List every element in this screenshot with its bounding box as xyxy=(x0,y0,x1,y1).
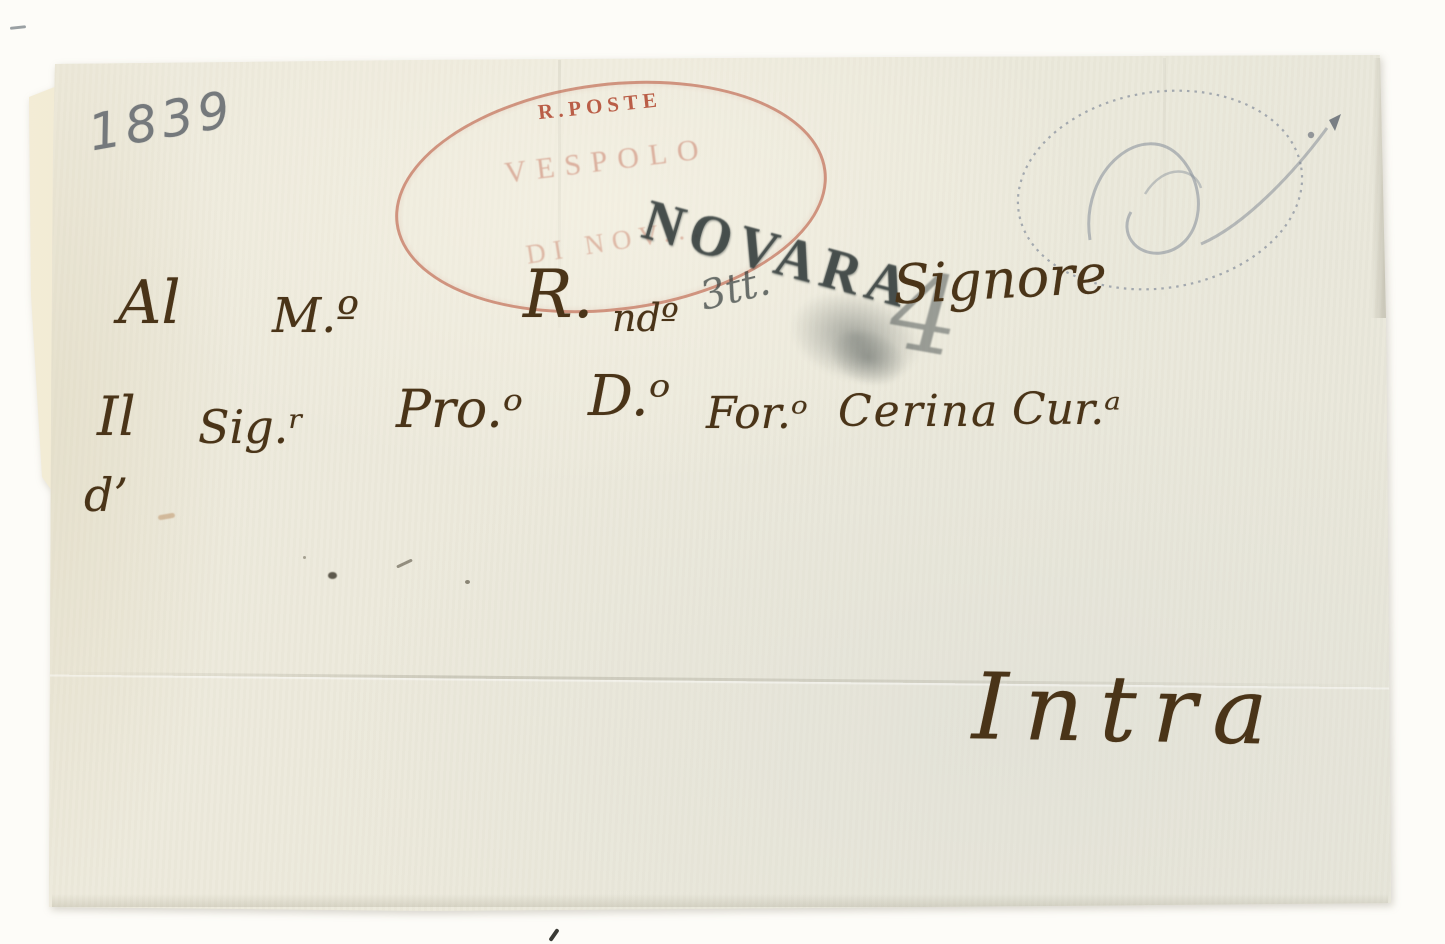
address-line1-word-mo: M.º xyxy=(272,288,359,344)
address-line1-word-r: R. xyxy=(523,256,594,333)
stain-mark xyxy=(158,513,176,521)
ink-speck xyxy=(303,556,306,559)
paraph-diagonal-stroke xyxy=(1201,128,1327,244)
top-edge-shadow-left xyxy=(48,2,143,14)
ink-speck xyxy=(328,572,337,579)
top-edge-shadow xyxy=(50,0,1384,12)
letter-scan: 1839 R.POSTE VESPOLO DI NOV... NOVARA 3t… xyxy=(0,0,1445,944)
bottom-edge-shadow xyxy=(52,894,1388,907)
address-line2-word-cerina: Cerina xyxy=(838,386,999,437)
pencil-year-annotation: 1839 xyxy=(84,80,239,163)
letter-sheet: 1839 R.POSTE VESPOLO DI NOV... NOVARA 3t… xyxy=(0,0,1445,944)
address-line3-abbreviation: d’ xyxy=(84,468,128,522)
address-line1-word-signore: Signore xyxy=(891,242,1108,316)
address-line2-word-sig: Sig.ʳ xyxy=(198,400,304,454)
address-line1-word-ndo: ndº xyxy=(612,296,679,340)
paraph-flourish-inner xyxy=(1145,172,1201,195)
ink-speck xyxy=(396,559,413,569)
paper-wrap: 1839 R.POSTE VESPOLO DI NOV... NOVARA 3t… xyxy=(0,0,1445,944)
address-line1-word-al: Al xyxy=(118,268,181,338)
right-edge-shadow xyxy=(1371,58,1389,318)
destination-intra: Intra xyxy=(971,653,1284,765)
address-line2-word-do: D.ᵒ xyxy=(588,364,670,429)
address-line2-word-il: Il xyxy=(97,385,136,448)
address-line2-word-cura: Cur.ᵃ xyxy=(1012,384,1121,435)
address-line2-word-pro: Pro.ᵒ xyxy=(396,380,523,440)
ink-speck xyxy=(465,580,470,584)
paraph-wedge-mark xyxy=(1329,114,1341,131)
paraph-speck xyxy=(1308,132,1314,138)
address-line2-word-foro: For.ᵒ xyxy=(706,388,808,439)
paraph-flourish xyxy=(1089,144,1199,253)
